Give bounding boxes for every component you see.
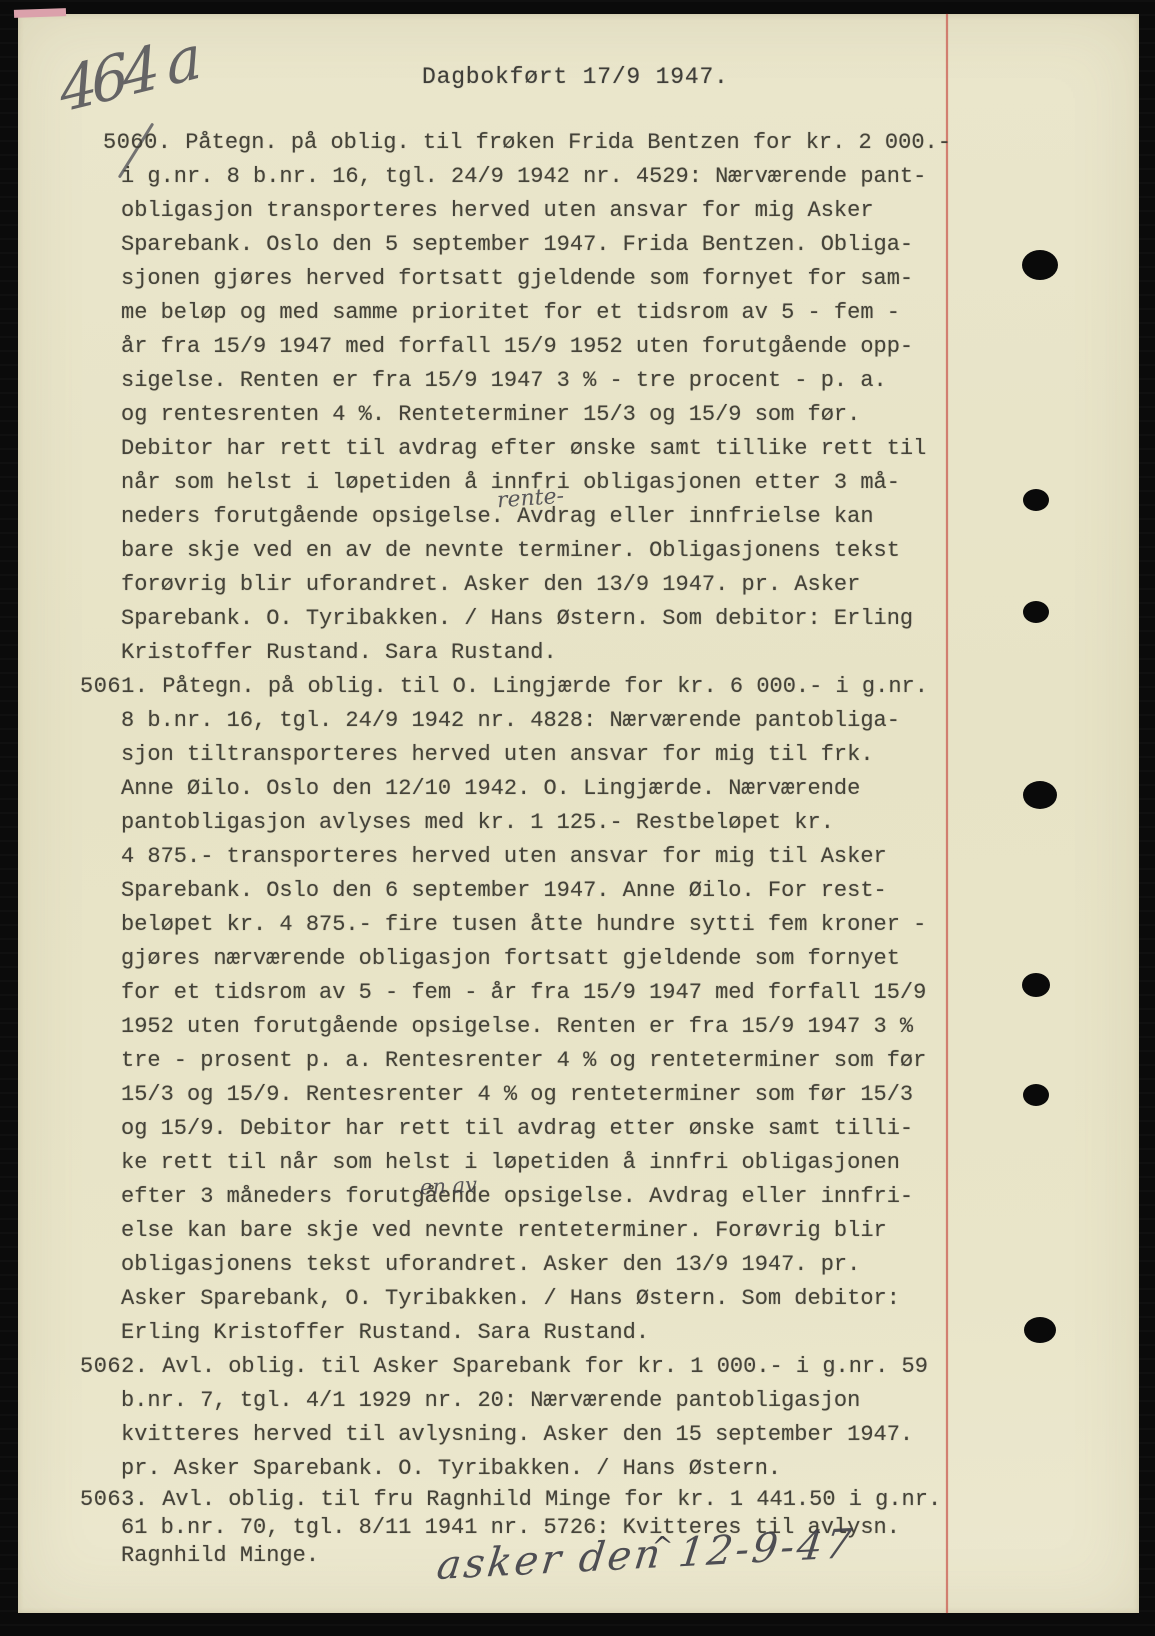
entry-number: 5063.	[80, 1487, 162, 1512]
punch-hole	[1023, 781, 1057, 809]
punch-hole	[1024, 1317, 1056, 1343]
punch-hole	[1022, 250, 1058, 280]
entry-line: 4 875.- transporteres herved uten ansvar…	[121, 840, 958, 874]
entry-line: og 15/9. Debitor har rett til avdrag ett…	[121, 1112, 958, 1146]
entry-line: forøvrig blir uforandret. Asker den 13/9…	[121, 568, 958, 602]
entry-number: 5060.	[103, 130, 185, 155]
entry-line: sjon tiltransporteres herved uten ansvar…	[121, 738, 958, 772]
entry-line: Anne Øilo. Oslo den 12/10 1942. O. Lingj…	[121, 772, 958, 806]
entry-line: 8 b.nr. 16, tgl. 24/9 1942 nr. 4828: Nær…	[121, 704, 958, 738]
entry-line: Debitor har rett til avdrag efter ønske …	[121, 432, 958, 466]
entry-line: beløpet kr. 4 875.- fire tusen åtte hund…	[121, 908, 958, 942]
entry-line: 5061. Påtegn. på oblig. til O. Lingjærde…	[121, 670, 958, 704]
entry-line: obligasjon transporteres herved uten ans…	[121, 194, 958, 228]
handwritten-page-number: 464 a	[56, 23, 199, 127]
entry-5060: 5060. Påtegn. på oblig. til frøken Frida…	[38, 126, 958, 670]
punch-hole	[1023, 1084, 1049, 1106]
punch-hole	[1022, 973, 1050, 997]
entry-line: år fra 15/9 1947 med forfall 15/9 1952 u…	[121, 330, 958, 364]
entry-line: pantobligasjon avlyses med kr. 1 125.- R…	[121, 806, 958, 840]
entry-list: 5060. Påtegn. på oblig. til frøken Frida…	[38, 126, 958, 1570]
entry-line: 5062. Avl. oblig. til Asker Sparebank fo…	[121, 1350, 958, 1384]
handwritten-caret: ^	[651, 1531, 674, 1562]
entry-number: 5061.	[80, 674, 162, 699]
entry-line: 15/3 og 15/9. Rentesrenter 4 % og rentet…	[121, 1078, 958, 1112]
paper: 464 a Dagbokført 17/9 1947. 5060. Påtegn…	[18, 14, 1139, 1613]
entry-line: 1952 uten forutgående opsigelse. Renten …	[121, 1010, 958, 1044]
entry-line: Erling Kristoffer Rustand. Sara Rustand.	[121, 1316, 958, 1350]
entry-line: og rentesrenten 4 %. Renteterminer 15/3 …	[121, 398, 958, 432]
entry-line: 5060. Påtegn. på oblig. til frøken Frida…	[121, 126, 958, 160]
entry-line: efter 3 måneders forutgående opsigelse. …	[121, 1180, 958, 1214]
entry-line: Sparebank. O. Tyribakken. / Hans Østern.…	[121, 602, 958, 636]
page-title: Dagbokført 17/9 1947.	[422, 64, 729, 90]
scanned-document-page: 464 a Dagbokført 17/9 1947. 5060. Påtegn…	[0, 0, 1155, 1636]
entry-line: i g.nr. 8 b.nr. 16, tgl. 24/9 1942 nr. 4…	[121, 160, 958, 194]
entry-line: sigelse. Renten er fra 15/9 1947 3 % - t…	[121, 364, 958, 398]
punch-hole	[1023, 601, 1049, 623]
entry-5062: 5062. Avl. oblig. til Asker Sparebank fo…	[38, 1350, 958, 1486]
entry-line: tre - prosent p. a. Rentesrenter 4 % og …	[121, 1044, 958, 1078]
entry-number: 5062.	[80, 1354, 162, 1379]
entry-line: ke rett til når som helst i løpetiden å …	[121, 1146, 958, 1180]
entry-line: Kristoffer Rustand. Sara Rustand.	[121, 636, 958, 670]
entry-line: me beløp og med samme prioritet for et t…	[121, 296, 958, 330]
entry-5061: 5061. Påtegn. på oblig. til O. Lingjærde…	[38, 670, 958, 1350]
entry-line: else kan bare skje ved nevnte rentetermi…	[121, 1214, 958, 1248]
entry-line: b.nr. 7, tgl. 4/1 1929 nr. 20: Nærværend…	[121, 1384, 958, 1418]
handwritten-insertion-en-av: en av	[419, 1173, 477, 1200]
entry-line: Sparebank. Oslo den 5 september 1947. Fr…	[121, 228, 958, 262]
entry-line: Sparebank. Oslo den 6 september 1947. An…	[121, 874, 958, 908]
entry-line: Asker Sparebank, O. Tyribakken. / Hans Ø…	[121, 1282, 958, 1316]
punch-hole	[1023, 489, 1049, 511]
entry-line: sjonen gjøres herved fortsatt gjeldende …	[121, 262, 958, 296]
entry-line: pr. Asker Sparebank. O. Tyribakken. / Ha…	[121, 1452, 958, 1486]
entry-line: kvitteres herved til avlysning. Asker de…	[121, 1418, 958, 1452]
entry-line: for et tidsrom av 5 - fem - år fra 15/9 …	[121, 976, 958, 1010]
handwritten-insertion-rente: rente-	[496, 484, 565, 514]
entry-line: 5063. Avl. oblig. til fru Ragnhild Minge…	[121, 1486, 958, 1514]
entry-line: bare skje ved en av de nevnte terminer. …	[121, 534, 958, 568]
entry-line: obligasjonens tekst uforandret. Asker de…	[121, 1248, 958, 1282]
entry-line: gjøres nærværende obligasjon fortsatt gj…	[121, 942, 958, 976]
